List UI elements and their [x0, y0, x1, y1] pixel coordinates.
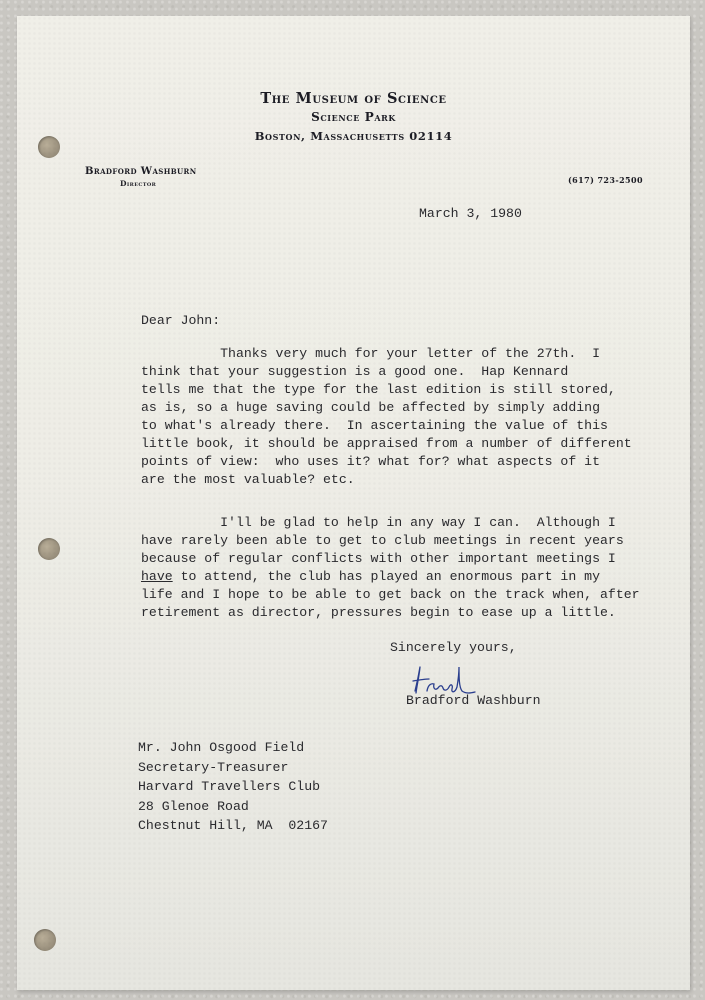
text-line: as is, so a huge saving could be affecte…: [141, 399, 632, 417]
text-line: retirement as director, pressures begin …: [141, 604, 640, 622]
text-line: Mr. John Osgood Field: [138, 738, 328, 758]
body-paragraph-1: Thanks very much for your letter of the …: [141, 345, 632, 489]
text-line: have to attend, the club has played an e…: [141, 568, 640, 586]
text-line: to what's already there. In ascertaining…: [141, 417, 632, 435]
text-line: Chestnut Hill, MA 02167: [138, 816, 328, 836]
text-line: I'll be glad to help in any way I can. A…: [141, 514, 640, 532]
binder-hole: [34, 929, 56, 951]
salutation: Dear John:: [141, 313, 220, 328]
text-line: Secretary-Treasurer: [138, 758, 328, 778]
body-paragraph-2: I'll be glad to help in any way I can. A…: [141, 514, 640, 622]
text-line: tells me that the type for the last edit…: [141, 381, 632, 399]
text-line: points of view: who uses it? what for? w…: [141, 453, 632, 471]
letter-date: March 3, 1980: [419, 206, 522, 221]
letterhead-phone: (617) 723-2500: [568, 175, 643, 185]
letterhead-location: Science Park: [17, 110, 690, 124]
signer-name: Bradford Washburn: [406, 693, 541, 708]
letterhead-organization: The Museum of Science: [17, 90, 690, 107]
text-line: Harvard Travellers Club: [138, 777, 328, 797]
recipient-address: Mr. John Osgood FieldSecretary-Treasurer…: [138, 738, 328, 836]
closing: Sincerely yours,: [390, 640, 517, 655]
text-line: Thanks very much for your letter of the …: [141, 345, 632, 363]
underlined-word: have: [141, 569, 173, 584]
letterhead-address: Boston, Massachusetts 02114: [17, 129, 690, 143]
text-line: little book, it should be appraised from…: [141, 435, 632, 453]
text-line: think that your suggestion is a good one…: [141, 363, 632, 381]
text-line: because of regular conflicts with other …: [141, 550, 640, 568]
binder-hole: [38, 538, 60, 560]
letterhead-sender-title: Director: [120, 179, 156, 188]
text-line: life and I hope to be able to get back o…: [141, 586, 640, 604]
text-line: are the most valuable? etc.: [141, 471, 632, 489]
text-line: 28 Glenoe Road: [138, 797, 328, 817]
letterhead-sender-name: Bradford Washburn: [85, 166, 197, 177]
letter-page: The Museum of Science Science Park Bosto…: [17, 16, 690, 990]
text-line: have rarely been able to get to club mee…: [141, 532, 640, 550]
